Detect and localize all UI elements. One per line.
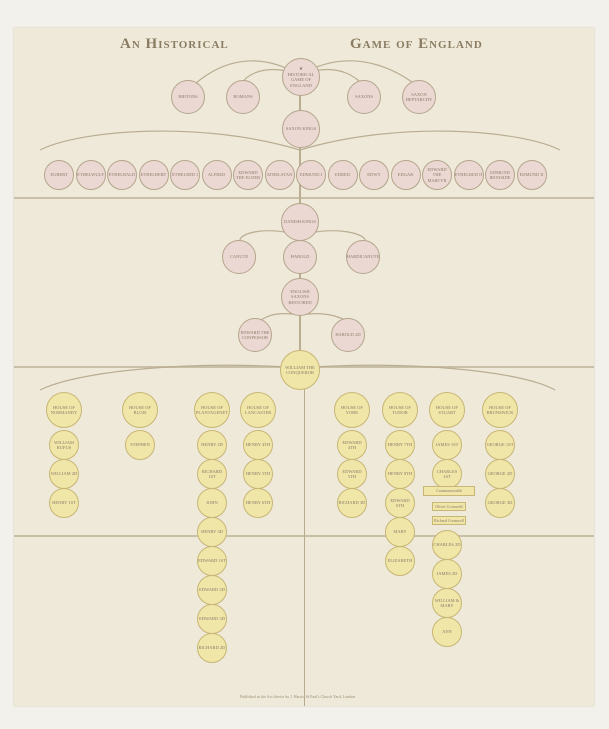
disc-monarch[interactable]: Henry 5th <box>243 459 273 489</box>
disc-britons[interactable]: Britons <box>171 80 205 114</box>
disc-house[interactable]: House of Plantagenet <box>194 392 230 428</box>
disc-monarch[interactable]: Edward 5th <box>337 459 367 489</box>
disc-saxon-king[interactable]: Edward the Martyr <box>422 160 452 190</box>
disc-monarch[interactable]: William 2d <box>49 459 79 489</box>
disc-monarch[interactable]: William & Mary <box>432 588 462 618</box>
disc-saxons[interactable]: Saxons <box>347 80 381 114</box>
disc-saxons-restored[interactable]: English Saxons Restored <box>281 278 319 316</box>
disc-monarch[interactable]: James 2d <box>432 559 462 589</box>
disc-saxon-king[interactable]: Athelstan <box>265 160 295 190</box>
interregnum-richard[interactable]: Richard Cromwell <box>432 516 466 525</box>
disc-monarch[interactable]: Edward 3d <box>197 604 227 634</box>
disc-monarch[interactable]: Edward 6th <box>385 488 415 518</box>
disc-monarch[interactable]: George 3d <box>485 488 515 518</box>
disc-house[interactable]: House of Stuart <box>429 392 465 428</box>
disc-house[interactable]: House of Brunswick <box>482 392 518 428</box>
disc-hardicanute[interactable]: Hardicanute <box>346 240 380 274</box>
disc-monarch[interactable]: Mary <box>385 517 415 547</box>
disc-monarch[interactable]: Edward 4th <box>337 430 367 460</box>
disc-harold-2[interactable]: Harold 2d <box>331 318 365 352</box>
disc-saxon-king[interactable]: Edward the Elder <box>233 160 263 190</box>
disc-saxon-kings[interactable]: Saxon Kings <box>282 110 320 148</box>
disc-monarch[interactable]: William Rufus <box>49 430 79 460</box>
imprint: Published as the Act directs by J. Harri… <box>240 694 355 699</box>
disc-monarch[interactable]: Richard 2d <box>197 633 227 663</box>
disc-monarch[interactable]: Charles 1st <box>432 459 462 489</box>
disc-monarch[interactable]: Henry 3d <box>197 517 227 547</box>
disc-monarch[interactable]: James 1st <box>432 430 462 460</box>
disc-canute[interactable]: Canute <box>222 240 256 274</box>
disc-saxon-king[interactable]: Edmund Ironside <box>485 160 515 190</box>
disc-saxon-king[interactable]: Edmund I <box>296 160 326 190</box>
disc-william-conqueror[interactable]: William the Conqueror <box>280 350 320 390</box>
disc-house[interactable]: House of Lancaster <box>240 392 276 428</box>
disc-monarch[interactable]: Edward 1st <box>197 546 227 576</box>
disc-saxon-king[interactable]: Ethelred II <box>454 160 484 190</box>
disc-monarch[interactable]: John <box>197 488 227 518</box>
disc-saxon-king[interactable]: Ethelbert <box>139 160 169 190</box>
disc-monarch[interactable]: Henry 1st <box>49 488 79 518</box>
disc-monarch[interactable]: George 1st <box>485 430 515 460</box>
disc-monarch[interactable]: Charles 2d <box>432 530 462 560</box>
disc-house[interactable]: House of Blois <box>122 392 158 428</box>
disc-saxon-king[interactable]: Edmund II <box>517 160 547 190</box>
disc-saxon-king[interactable]: Edgar <box>391 160 421 190</box>
disc-monarch[interactable]: Richard 1st <box>197 459 227 489</box>
disc-saxon-king[interactable]: Ethelbald <box>107 160 137 190</box>
disc-house[interactable]: House of York <box>334 392 370 428</box>
disc-saxon-king[interactable]: Egbert <box>44 160 74 190</box>
disc-monarch[interactable]: Stephen <box>125 430 155 460</box>
disc-saxon-king[interactable]: Ethelwulf <box>76 160 106 190</box>
disc-monarch[interactable]: Elizabeth <box>385 546 415 576</box>
disc-monarch[interactable]: Ann <box>432 617 462 647</box>
disc-house[interactable]: House of Normandy <box>46 392 82 428</box>
disc-monarch[interactable]: Henry 4th <box>243 430 273 460</box>
crest-disc[interactable]: ❦Historical Game of England <box>282 58 320 96</box>
disc-monarch[interactable]: Henry 2d <box>197 430 227 460</box>
disc-saxon-king[interactable]: Edwy <box>359 160 389 190</box>
disc-monarch[interactable]: Richard 3d <box>337 488 367 518</box>
disc-romans[interactable]: Romans <box>226 80 260 114</box>
disc-heptarchy[interactable]: Saxon Heptarchy <box>402 80 436 114</box>
interregnum-commonwealth[interactable]: Commonwealth <box>423 486 475 496</box>
disc-saxon-king[interactable]: Ethelred I <box>170 160 200 190</box>
disc-monarch[interactable]: Henry 8th <box>385 459 415 489</box>
disc-saxon-king[interactable]: Edred <box>328 160 358 190</box>
disc-harold[interactable]: Harold <box>283 240 317 274</box>
disc-danish-kings[interactable]: Danish Kings <box>281 203 319 241</box>
disc-saxon-king[interactable]: Alfred <box>202 160 232 190</box>
interregnum-oliver[interactable]: Oliver Cromwell <box>432 502 466 511</box>
disc-house[interactable]: House of Tudor <box>382 392 418 428</box>
disc-monarch[interactable]: Henry 7th <box>385 430 415 460</box>
disc-edward-confessor[interactable]: Edward the Confessor <box>238 318 272 352</box>
disc-monarch[interactable]: Edward 2d <box>197 575 227 605</box>
disc-monarch[interactable]: George 2d <box>485 459 515 489</box>
disc-monarch[interactable]: Henry 6th <box>243 488 273 518</box>
